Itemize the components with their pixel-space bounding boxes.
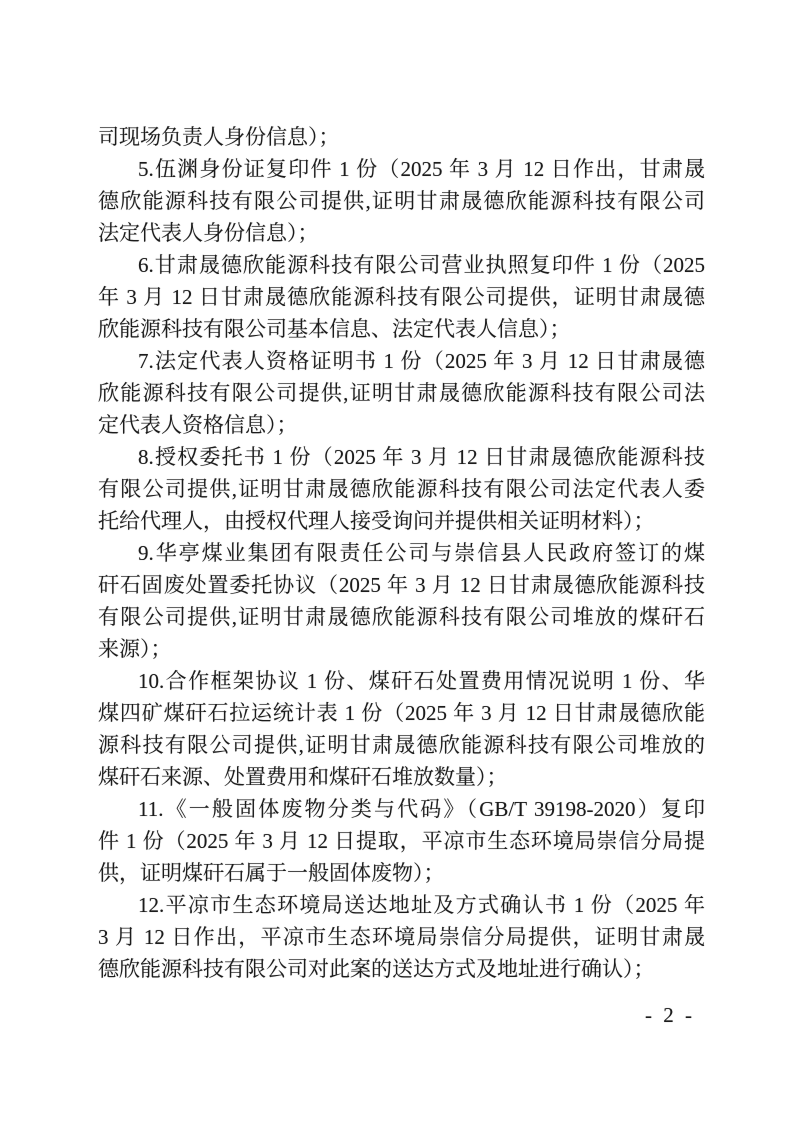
text-line: 欣能源科技有限公司基本信息、法定代表人信息）；	[98, 313, 705, 345]
text-line: 矸石固废处置委托协议（2025 年 3 月 12 日甘肃晟德欣能源科技	[98, 569, 705, 601]
text-line: 供，证明煤矸石属于一般固体废物）；	[98, 857, 705, 889]
text-line: 源科技有限公司提供,证明甘肃晟德欣能源科技有限公司堆放的	[98, 729, 705, 761]
text-line: 5.伍渊身份证复印件 1 份（2025 年 3 月 12 日作出，甘肃晟	[98, 153, 705, 185]
text-line: 有限公司提供,证明甘肃晟德欣能源科技有限公司法定代表人委	[98, 473, 705, 505]
text-line: 司现场负责人身份信息）；	[98, 121, 705, 153]
text-line: 德欣能源科技有限公司对此案的送达方式及地址进行确认）；	[98, 953, 705, 985]
text-line: 来源）；	[98, 633, 705, 665]
text-line: 件 1 份（2025 年 3 月 12 日提取，平凉市生态环境局崇信分局提	[98, 825, 705, 857]
page-number: - 2 -	[645, 1003, 695, 1027]
text-line: 10.合作框架协议 1 份、煤矸石处置费用情况说明 1 份、华	[98, 665, 705, 697]
text-line: 3 月 12 日作出，平凉市生态环境局崇信分局提供，证明甘肃晟	[98, 921, 705, 953]
text-line: 法定代表人身份信息）；	[98, 217, 705, 249]
text-line: 德欣能源科技有限公司提供,证明甘肃晟德欣能源科技有限公司	[98, 185, 705, 217]
document-body: 司现场负责人身份信息）；5.伍渊身份证复印件 1 份（2025 年 3 月 12…	[98, 121, 705, 985]
text-line: 煤矸石来源、处置费用和煤矸石堆放数量）；	[98, 761, 705, 793]
page-footer: - 2 -	[645, 999, 695, 1031]
text-line: 7.法定代表人资格证明书 1 份（2025 年 3 月 12 日甘肃晟德	[98, 345, 705, 377]
text-line: 托给代理人，由授权代理人接受询问并提供相关证明材料）；	[98, 505, 705, 537]
text-line: 6.甘肃晟德欣能源科技有限公司营业执照复印件 1 份（2025	[98, 249, 705, 281]
text-line: 定代表人资格信息）；	[98, 409, 705, 441]
text-line: 8.授权委托书 1 份（2025 年 3 月 12 日甘肃晟德欣能源科技	[98, 441, 705, 473]
text-line: 煤四矿煤矸石拉运统计表 1 份（2025 年 3 月 12 日甘肃晟德欣能	[98, 697, 705, 729]
document-page: 司现场负责人身份信息）；5.伍渊身份证复印件 1 份（2025 年 3 月 12…	[0, 0, 794, 1123]
text-line: 11.《一般固体废物分类与代码》（GB/T 39198-2020）复印	[98, 793, 705, 825]
text-line: 有限公司提供,证明甘肃晟德欣能源科技有限公司堆放的煤矸石	[98, 601, 705, 633]
text-line: 12.平凉市生态环境局送达地址及方式确认书 1 份（2025 年	[98, 889, 705, 921]
text-line: 9.华亭煤业集团有限责任公司与崇信县人民政府签订的煤	[98, 537, 705, 569]
text-line: 欣能源科技有限公司提供,证明甘肃晟德欣能源科技有限公司法	[98, 377, 705, 409]
text-line: 年 3 月 12 日甘肃晟德欣能源科技有限公司提供，证明甘肃晟德	[98, 281, 705, 313]
